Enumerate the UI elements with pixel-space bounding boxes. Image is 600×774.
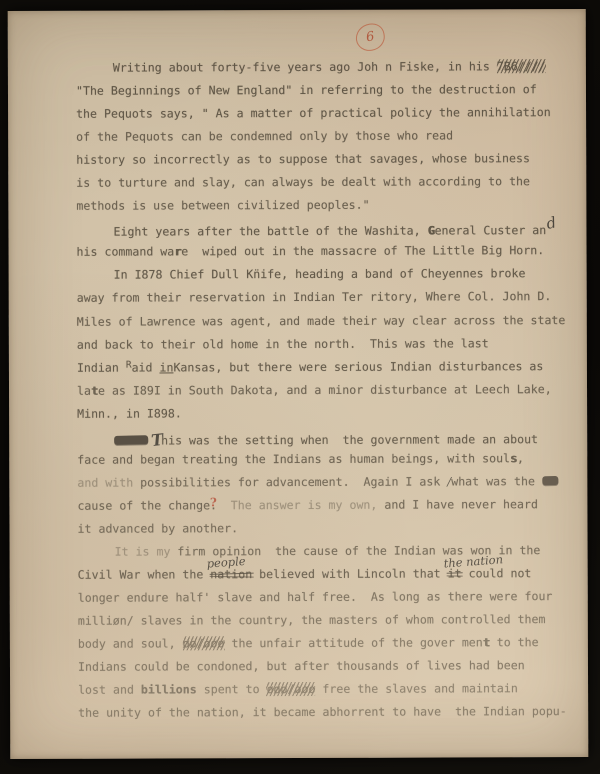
typed-text: Minn., in I898. [77,406,182,420]
typed-line: Indians could be condoned, but after tho… [78,658,576,683]
typed-line: lost and billions spent to øøø/øøø free … [78,681,576,706]
typed-line: milliøn/ slaves in the country, the mast… [78,612,576,637]
typed-text: lost and [78,683,141,697]
typed-text: is to turture and slay, can always be de… [76,174,530,190]
typed-text: to the [490,635,539,649]
typed-text: his was the setting when the government … [161,432,538,447]
typed-text: and I have never heard [377,497,538,512]
corrected-word: nationpeople [210,567,252,581]
typed-line: longer endure half' slave and half free.… [78,589,576,614]
typed-line: cause of the change.? The answer is my o… [77,497,575,522]
typed-text: e as I89I in South Dakota, and a minor d… [98,382,552,398]
typed-text: away from their reservation in Indian Te… [77,290,552,306]
typed-text: milliøn/ slaves in the country, the mast… [78,612,546,628]
typed-line: Civil War when the nationpeople believed… [78,566,576,591]
typed-text: r [174,245,181,259]
typed-text: , [517,451,524,465]
typed-text: øø/øøø [183,636,225,650]
typed-text: body and soul, [78,637,183,651]
typed-line: Indian Raid inKansas, but there were ser… [77,359,575,384]
typed-text: t [483,636,490,650]
typed-text: eneral Custer an [435,223,547,237]
typed-text: methods is use between civilized peoples… [76,198,369,213]
typed-text: la [77,383,91,397]
handwritten-insertion: people [206,554,246,571]
typed-text: s [510,451,517,465]
typed-text: the unfair attitude of the gover men [224,636,482,651]
typed-text: R [126,359,132,370]
typed-text: Eight years after the battle of the Wash… [113,224,427,239]
typed-text: possibilities for advancement. Again I a… [140,474,447,489]
typed-text: the Pequots says, " As a matter of pract… [76,105,551,121]
typed-text: t [91,383,98,397]
typed-text: free the slaves and maintain [315,682,517,697]
typed-line: Writing about forty-five years ago Joh n… [76,59,574,84]
typed-text: longer endure half' slave and half free.… [78,589,553,605]
photo-background: 6 Writing about forty-five years ago Joh… [0,0,600,774]
typed-line: face and began treating the Indians as h… [77,451,575,476]
typed-text: In I878 Chief Dull Kn̈ife, heading a ban… [114,267,526,282]
handwritten-page-number: 6 [354,22,387,53]
typed-text: It is my [115,544,178,558]
typed-line: it advanced by another. [77,520,575,545]
typed-text: believed with Lincoln that [252,567,448,582]
document-page: 6 Writing about forty-five years ago Joh… [8,9,589,759]
page-number-text: 6 [365,29,376,45]
typed-text: Kansas, but there were serious Indian di… [173,359,543,374]
typed-text: billions [141,683,197,697]
typed-text: cause of the change. [77,498,217,512]
typed-text: e wiped out in the massacre of The Littl… [181,244,544,259]
ink-scribble [114,435,148,445]
typed-text: Civil War when the [78,567,211,581]
ink-scribble [542,476,558,485]
typed-line: Minn., in I898. [77,405,575,430]
typed-text: what was the [451,474,542,488]
typed-text: The answer is my own, [217,498,378,513]
typed-line: and back to their old home in the north.… [77,336,575,361]
handwritten-mark: T [150,430,164,450]
typed-line: methods is use between civilized peoples… [76,197,574,222]
typed-line: history so incorrectly as to suppose tha… [76,151,574,176]
typed-text: history so incorrectly as to suppose tha… [76,151,530,167]
typed-line: Miles of Lawrence was agent, and made th… [77,313,575,338]
typed-line: This was the setting when the government… [77,428,575,453]
typed-text: Indians could be condoned, but after tho… [78,658,525,674]
typed-text: face and began treating the Indians as h… [77,451,510,467]
typed-text: Indian [77,360,126,374]
text-block: Writing about forty-five years ago Joh n… [76,59,576,729]
typed-text: his command wa [77,245,175,259]
corrected-word: itthe nation [448,566,462,580]
typed-line: the unity of the nation, it became abhor… [78,704,576,729]
typed-text: and with [77,475,140,489]
typed-line: body and soul, øø/øøø the unfair attitud… [78,635,576,660]
typed-text: Miles of Lawrence was agent, and made th… [77,313,566,329]
typed-text: spent to [197,682,267,696]
typed-line: Eight years after the battle of the Wash… [76,220,574,245]
typed-text: the unity of the nation, it became abhor… [78,704,567,720]
typed-text: aid [132,360,160,374]
typed-line: and with possibilities for advancement. … [77,474,575,499]
typed-line: away from their reservation in Indian Te… [77,290,575,315]
typed-line: late as I89I in South Dakota, and a mino… [77,382,575,407]
typed-line: In I878 Chief Dull Kn̈ife, heading a ban… [77,266,575,291]
typed-text: "The Beginnings of New England" in refer… [76,82,537,98]
typed-text: it advanced by another. [77,521,238,536]
typed-line: "The Beginnings of New England" in refer… [76,82,574,107]
typed-line: the Pequots says, " As a matter of pract… [76,105,574,130]
typed-line: his command ware wiped out in the massac… [77,243,575,268]
typed-text: and back to their old home in the north.… [77,336,489,351]
typed-text: 7B6//// [497,59,546,73]
typed-text: Writing about forty-five years ago Joh n… [113,59,497,74]
typed-text: in [159,360,173,374]
typed-line: is to turture and slay, can always be de… [76,174,574,199]
typed-text: øøø/øøø [267,682,316,696]
typed-text: of the Pequots can be condemned only by … [76,129,453,144]
typed-line: of the Pequots can be condemned only by … [76,128,574,153]
